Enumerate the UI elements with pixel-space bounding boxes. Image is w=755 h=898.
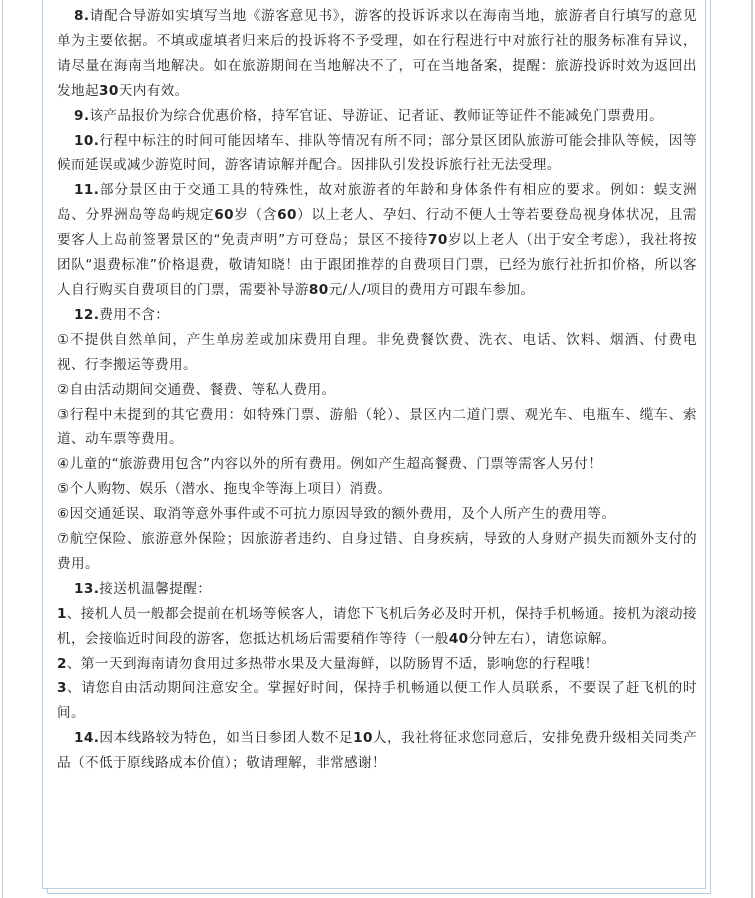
reminder-text: 、请您自由活动期间注意安全。掌握好时间，保持手机畅通以便工作人员联系，不要误了赶… [57,680,697,721]
notice-item-11: 11.部分景区由于交通工具的特殊性，故对旅游者的年龄和身体条件有相应的要求。例如… [57,178,697,303]
item-bold-number: 10 [353,730,373,746]
reminder-number: 3 [57,680,67,696]
exclusion-2: ②自由活动期间交通费、餐费、等私人费用。 [57,378,697,403]
exclusion-4: ④儿童的“旅游费用包含”内容以外的所有费用。例如产生超高餐费、门票等需客人另付！ [57,452,697,477]
reminder-text: 分钟左右），请您谅解。 [469,631,616,647]
notice-content: 8.请配合导游如实填写当地《游客意见书》，游客的投诉诉求以在海南当地，旅游者自行… [57,4,697,776]
item-number: 11. [74,182,99,198]
notice-item-9: 9.该产品报价为综合优惠价格，持军官证、导游证、记者证、教师证等证件不能减免门票… [57,104,697,129]
page-edge-left [2,0,3,898]
exclusion-5: ⑤个人购物、娱乐（潜水、拖曳伞等海上项目）消费。 [57,477,697,502]
item-number: 9. [74,108,89,124]
notice-item-10: 10.行程中标注的时间可能因堵车、排队等情况有所不同；部分景区团队旅游可能会排队… [57,129,697,179]
reminder-number: 2 [57,656,67,672]
item-title: 接送机温馨提醒： [99,581,211,597]
exclusion-3: ③行程中未提到的其它费用：如特殊门票、游船（轮）、景区内二道门票、观光车、电瓶车… [57,403,697,453]
exclusion-7: ⑦航空保险、旅游意外保险；因旅游者违约、自身过错、自身疾病，导致的人身财产损失而… [57,527,697,577]
airport-reminder-3: 3、请您自由活动期间注意安全。掌握好时间，保持手机畅通以便工作人员联系，不要误了… [57,676,697,726]
item-bold-number: 60 [214,207,234,223]
item-number: 10. [74,133,99,149]
exclusion-6: ⑥因交通延误、取消等意外事件或不可抗力原因导致的额外费用，及个人所产生的费用等。 [57,502,697,527]
airport-reminder-1: 1、接机人员一般都会提前在机场等候客人，请您下飞机后务必及时开机，保持手机畅通。… [57,602,697,652]
item-number: 13. [74,581,99,597]
item-bold-number: 60 [277,207,297,223]
item-bold-number: 80 [309,282,329,298]
notice-item-14: 14.因本线路较为特色，如当日参团人数不足10人，我社将征求您同意后，安排免费升… [57,726,697,776]
item-text: 因本线路较为特色，如当日参团人数不足 [99,730,353,746]
item-text: 天内有效。 [119,83,189,99]
notice-item-8: 8.请配合导游如实填写当地《游客意见书》，游客的投诉诉求以在海南当地，旅游者自行… [57,4,697,104]
item-number: 12. [74,307,99,323]
notice-item-12: 12.费用不含： [57,303,697,328]
item-number: 8. [74,8,89,24]
item-number: 14. [74,730,99,746]
item-title: 费用不含： [99,307,169,323]
page-edge-right [751,0,753,898]
reminder-text: 、第一天到海南请勿食用过多热带水果及大量海鲜，以防肠胃不适，影响您的行程哦！ [67,656,599,672]
reminder-number: 1 [57,606,67,622]
item-text: 岁（含 [234,207,277,223]
exclusion-1: ①不提供自然单间，产生单房差或加床费用自理。非免费餐饮费、洗衣、电话、饮料、烟酒… [57,328,697,378]
airport-reminder-2: 2、第一天到海南请勿食用过多热带水果及大量海鲜，以防肠胃不适，影响您的行程哦！ [57,652,697,677]
reminder-bold-number: 40 [449,631,469,647]
item-text: 元/人/项目的费用方可跟车参加。 [329,282,535,298]
item-text: 该产品报价为综合优惠价格，持军官证、导游证、记者证、教师证等证件不能减免门票费用… [89,108,663,124]
notice-item-13: 13.接送机温馨提醒： [57,577,697,602]
item-bold-number: 30 [99,83,119,99]
item-bold-number: 70 [428,232,448,248]
item-text: 行程中标注的时间可能因堵车、排队等情况有所不同；部分景区团队旅游可能会排队等候，… [57,133,697,174]
